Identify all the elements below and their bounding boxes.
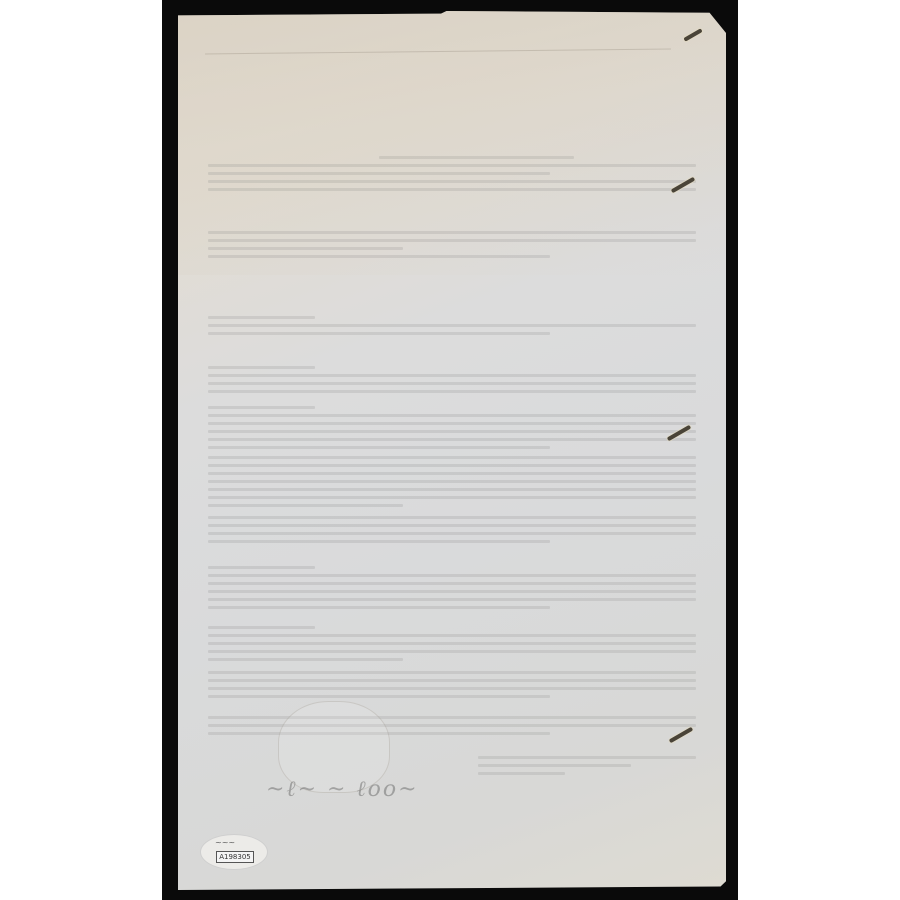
faint-paragraph (208, 356, 696, 398)
faint-paragraph (208, 666, 696, 703)
faint-signature-lines (478, 751, 696, 780)
signature-showthrough: ~ℓ~ ~ ℓoo~ (266, 776, 446, 806)
faint-paragraph (208, 306, 696, 340)
faint-paragraph (208, 556, 696, 614)
faint-paragraph (208, 616, 696, 666)
certificate-id: A198305 (216, 851, 254, 863)
faint-paragraph (208, 451, 696, 512)
sticker-signature: ~~~ (215, 838, 235, 847)
faint-paragraph (208, 151, 696, 196)
faint-paragraph (208, 226, 696, 263)
faint-paragraph (208, 396, 696, 454)
document-paper: ~ℓ~ ~ ℓoo~ ~~~ A198305 (178, 11, 726, 890)
authentication-sticker: ~~~ A198305 (200, 834, 268, 870)
faint-paragraph (208, 511, 696, 548)
